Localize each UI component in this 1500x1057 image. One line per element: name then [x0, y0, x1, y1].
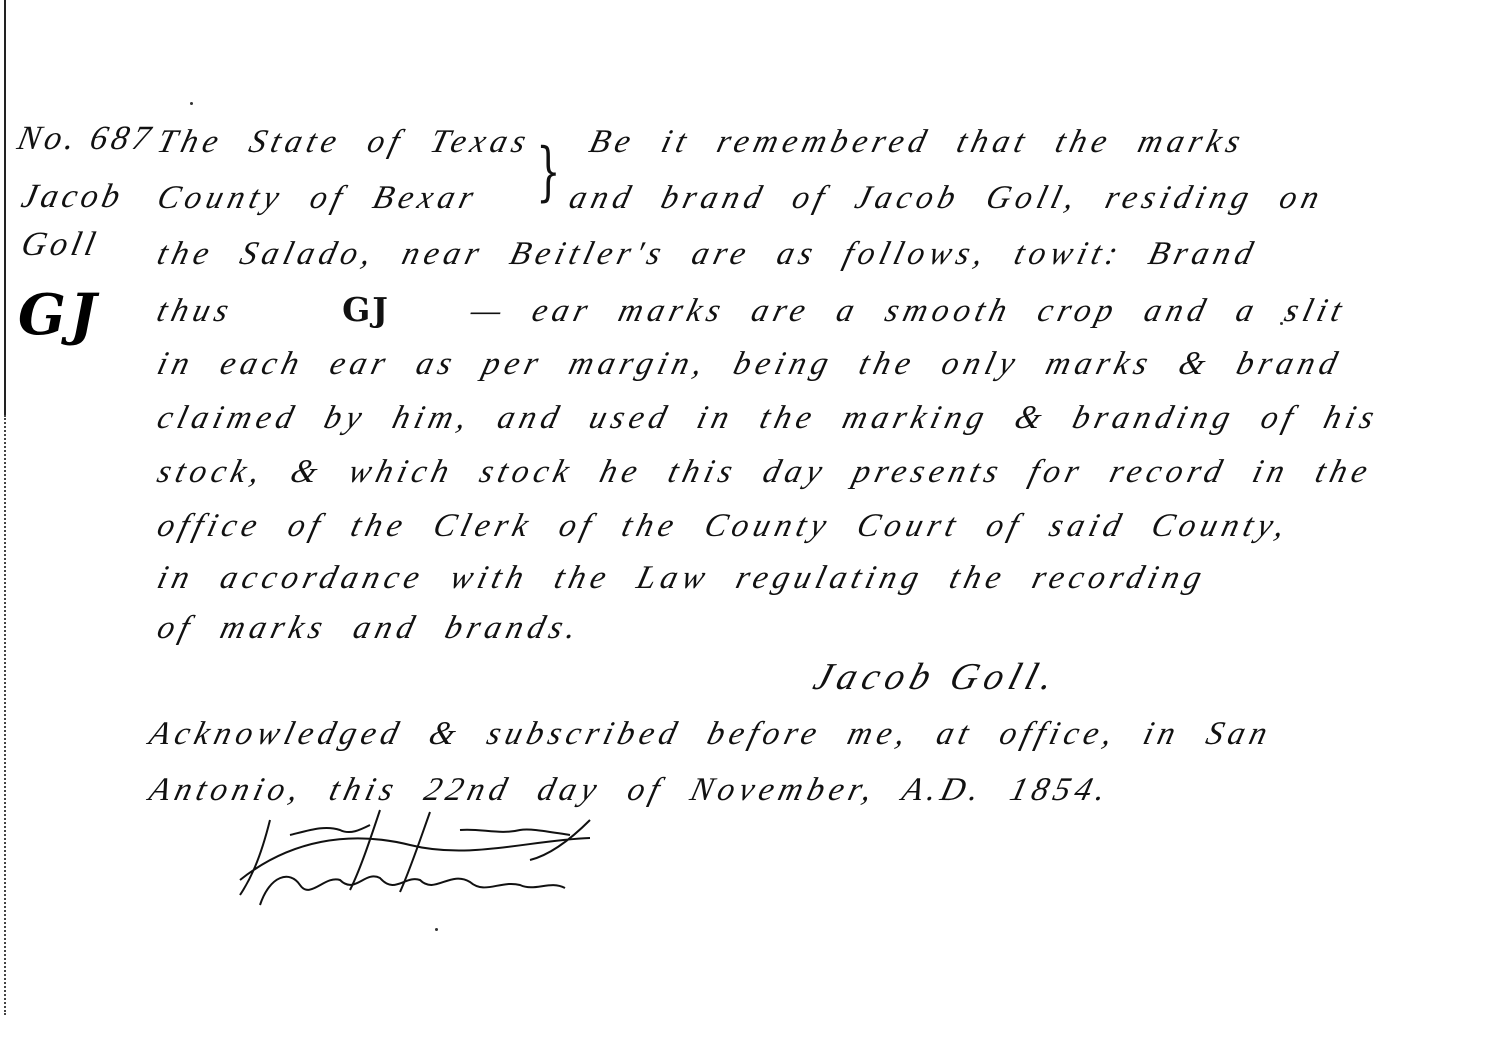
margin-name-last: Goll	[18, 226, 103, 264]
clerk-signature: James Smith C.C.C.B.C.	[230, 800, 610, 910]
body-line-5: in each ear as per margin, being the onl…	[153, 346, 1345, 383]
margin-name-first: Jacob	[18, 178, 127, 216]
body-line-2: and brand of Jacob Goll, residing on	[565, 180, 1327, 217]
heading-county: County of Bexar	[153, 180, 482, 217]
inline-brand-mark: GJ	[342, 290, 390, 329]
brace-icon: }	[536, 140, 560, 204]
clerk-signature-flourish-icon	[230, 800, 610, 910]
heading-state: The State of Texas	[153, 124, 534, 161]
body-line-brand: thus GJ — ear marks are a smooth crop an…	[153, 290, 1351, 330]
body-line-10: of marks and brands.	[153, 610, 585, 647]
brand-line-prefix: thus	[153, 293, 237, 329]
body-line-6: claimed by him, and used in the marking …	[153, 400, 1382, 437]
margin-brand-mark: GJ	[18, 282, 100, 348]
body-line-1: Be it remembered that the marks	[585, 124, 1248, 161]
body-line-3: the Salado, near Beitler's are as follow…	[153, 236, 1261, 273]
page-left-rule	[4, 0, 6, 415]
body-line-7: stock, & which stock he this day present…	[153, 454, 1376, 491]
brand-line-suffix: — ear marks are a smooth crop and a slit	[467, 293, 1350, 329]
acknowledgment-line-1: Acknowledged & subscribed before me, at …	[145, 716, 1276, 753]
body-line-9: in accordance with the Law regulating th…	[153, 560, 1210, 597]
owner-signature: Jacob Goll.	[809, 655, 1065, 699]
record-number: No. 687	[14, 120, 158, 158]
page-left-rule-dotted	[4, 415, 6, 1015]
scan-speck	[190, 102, 193, 105]
scan-speck	[435, 928, 438, 931]
body-line-8: office of the Clerk of the County Court …	[153, 508, 1293, 545]
